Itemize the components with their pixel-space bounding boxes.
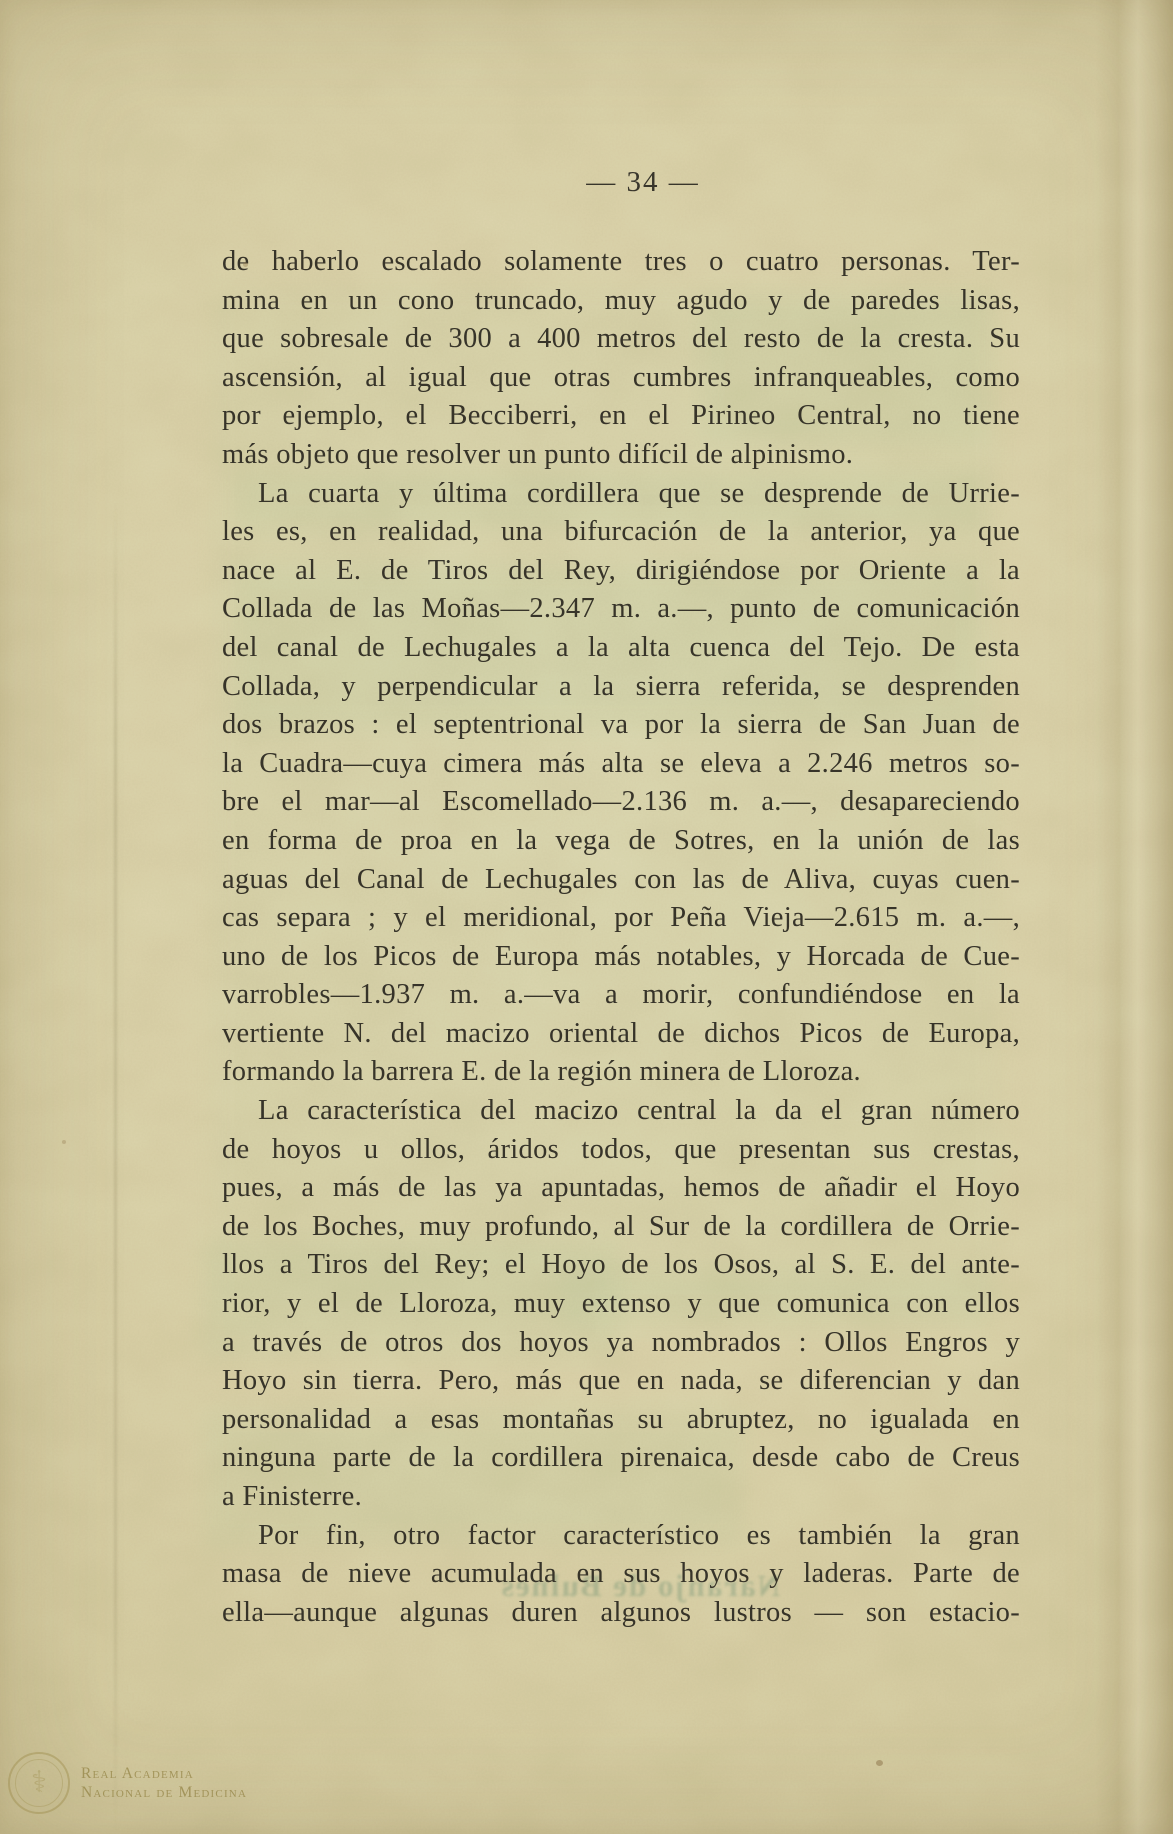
text-line: masa de nieve acumulada en sus hoyos y l…: [222, 1555, 1020, 1594]
text-line: por ejemplo, el Becciberri, en el Pirine…: [222, 397, 1020, 436]
text-line: en forma de proa en la vega de Sotres, e…: [222, 822, 1020, 861]
page-edge-shadow: [1095, 0, 1173, 1834]
text-line: les es, en realidad, una bifurcación de …: [222, 513, 1020, 552]
text-line: a Finisterre.: [222, 1478, 1020, 1517]
text-line: Collada de las Moñas—2.347 m. a.—, punto…: [222, 590, 1020, 629]
text-line: de haberlo escalado solamente tres o cua…: [222, 243, 1020, 282]
text-line: de los Boches, muy profundo, al Sur de l…: [222, 1208, 1020, 1247]
text-line: Hoyo sin tierra. Pero, más que en nada, …: [222, 1362, 1020, 1401]
scanned-book-page: Naranjo de Bulnes — 34 — de haberlo esca…: [0, 0, 1173, 1834]
watermark-text: Real Academia Nacional de Medicina: [81, 1764, 247, 1803]
text-block: de haberlo escalado solamente tres o cua…: [222, 243, 1020, 1632]
text-line: La característica del macizo central la …: [222, 1092, 1020, 1131]
text-line: pues, a más de las ya apuntadas, hemos d…: [222, 1169, 1020, 1208]
text-line: que sobresale de 300 a 400 metros del re…: [222, 320, 1020, 359]
text-line: Por fin, otro factor característico es t…: [222, 1517, 1020, 1556]
text-line: cas separa ; y el meridional, por Peña V…: [222, 899, 1020, 938]
text-line: rior, y el de Lloroza, muy extenso y que…: [222, 1285, 1020, 1324]
text-line: la Cuadra—cuya cimera más alta se eleva …: [222, 745, 1020, 784]
text-line: ella—aunque algunas duren algunos lustro…: [222, 1594, 1020, 1633]
text-line: varrobles—1.937 m. a.—va a morir, confun…: [222, 976, 1020, 1015]
text-line: ninguna parte de la cordillera pirenaica…: [222, 1439, 1020, 1478]
text-line: más objeto que resolver un punto difícil…: [222, 436, 1020, 475]
watermark-line2: Nacional de Medicina: [81, 1783, 247, 1802]
text-line: personalidad a esas montañas su abruptez…: [222, 1401, 1020, 1440]
text-line: mina en un cono truncado, muy agudo y de…: [222, 282, 1020, 321]
caduceus-icon: ⚕: [31, 1768, 47, 1798]
text-line: a través de otros dos hoyos ya nombrados…: [222, 1324, 1020, 1363]
text-line: aguas del Canal de Lechugales con las de…: [222, 861, 1020, 900]
text-line: del canal de Lechugales a la alta cuenca…: [222, 629, 1020, 668]
text-line: dos brazos : el septentrional va por la …: [222, 706, 1020, 745]
library-watermark: ⚕ Real Academia Nacional de Medicina: [8, 1752, 247, 1814]
text-line: nace al E. de Tiros del Rey, dirigiéndos…: [222, 552, 1020, 591]
text-line: Collada, y perpendicular a la sierra ref…: [222, 668, 1020, 707]
paper-speck: [62, 1140, 66, 1144]
page-crease: [114, 500, 117, 1834]
text-line: de hoyos u ollos, áridos todos, que pres…: [222, 1131, 1020, 1170]
text-line: vertiente N. del macizo oriental de dich…: [222, 1015, 1020, 1054]
page-number: — 34 —: [222, 166, 1020, 199]
text-line: formando la barrera E. de la región mine…: [222, 1053, 1020, 1092]
paper-speck: [876, 1760, 883, 1766]
ranm-seal-icon: ⚕: [8, 1752, 70, 1814]
text-line: ascensión, al igual que otras cumbres in…: [222, 359, 1020, 398]
text-line: bre el mar—al Escomellado—2.136 m. a.—, …: [222, 783, 1020, 822]
text-line: llos a Tiros del Rey; el Hoyo de los Oso…: [222, 1246, 1020, 1285]
text-line: uno de los Picos de Europa más notables,…: [222, 938, 1020, 977]
watermark-line1: Real Academia: [81, 1764, 247, 1783]
text-line: La cuarta y última cordillera que se des…: [222, 475, 1020, 514]
